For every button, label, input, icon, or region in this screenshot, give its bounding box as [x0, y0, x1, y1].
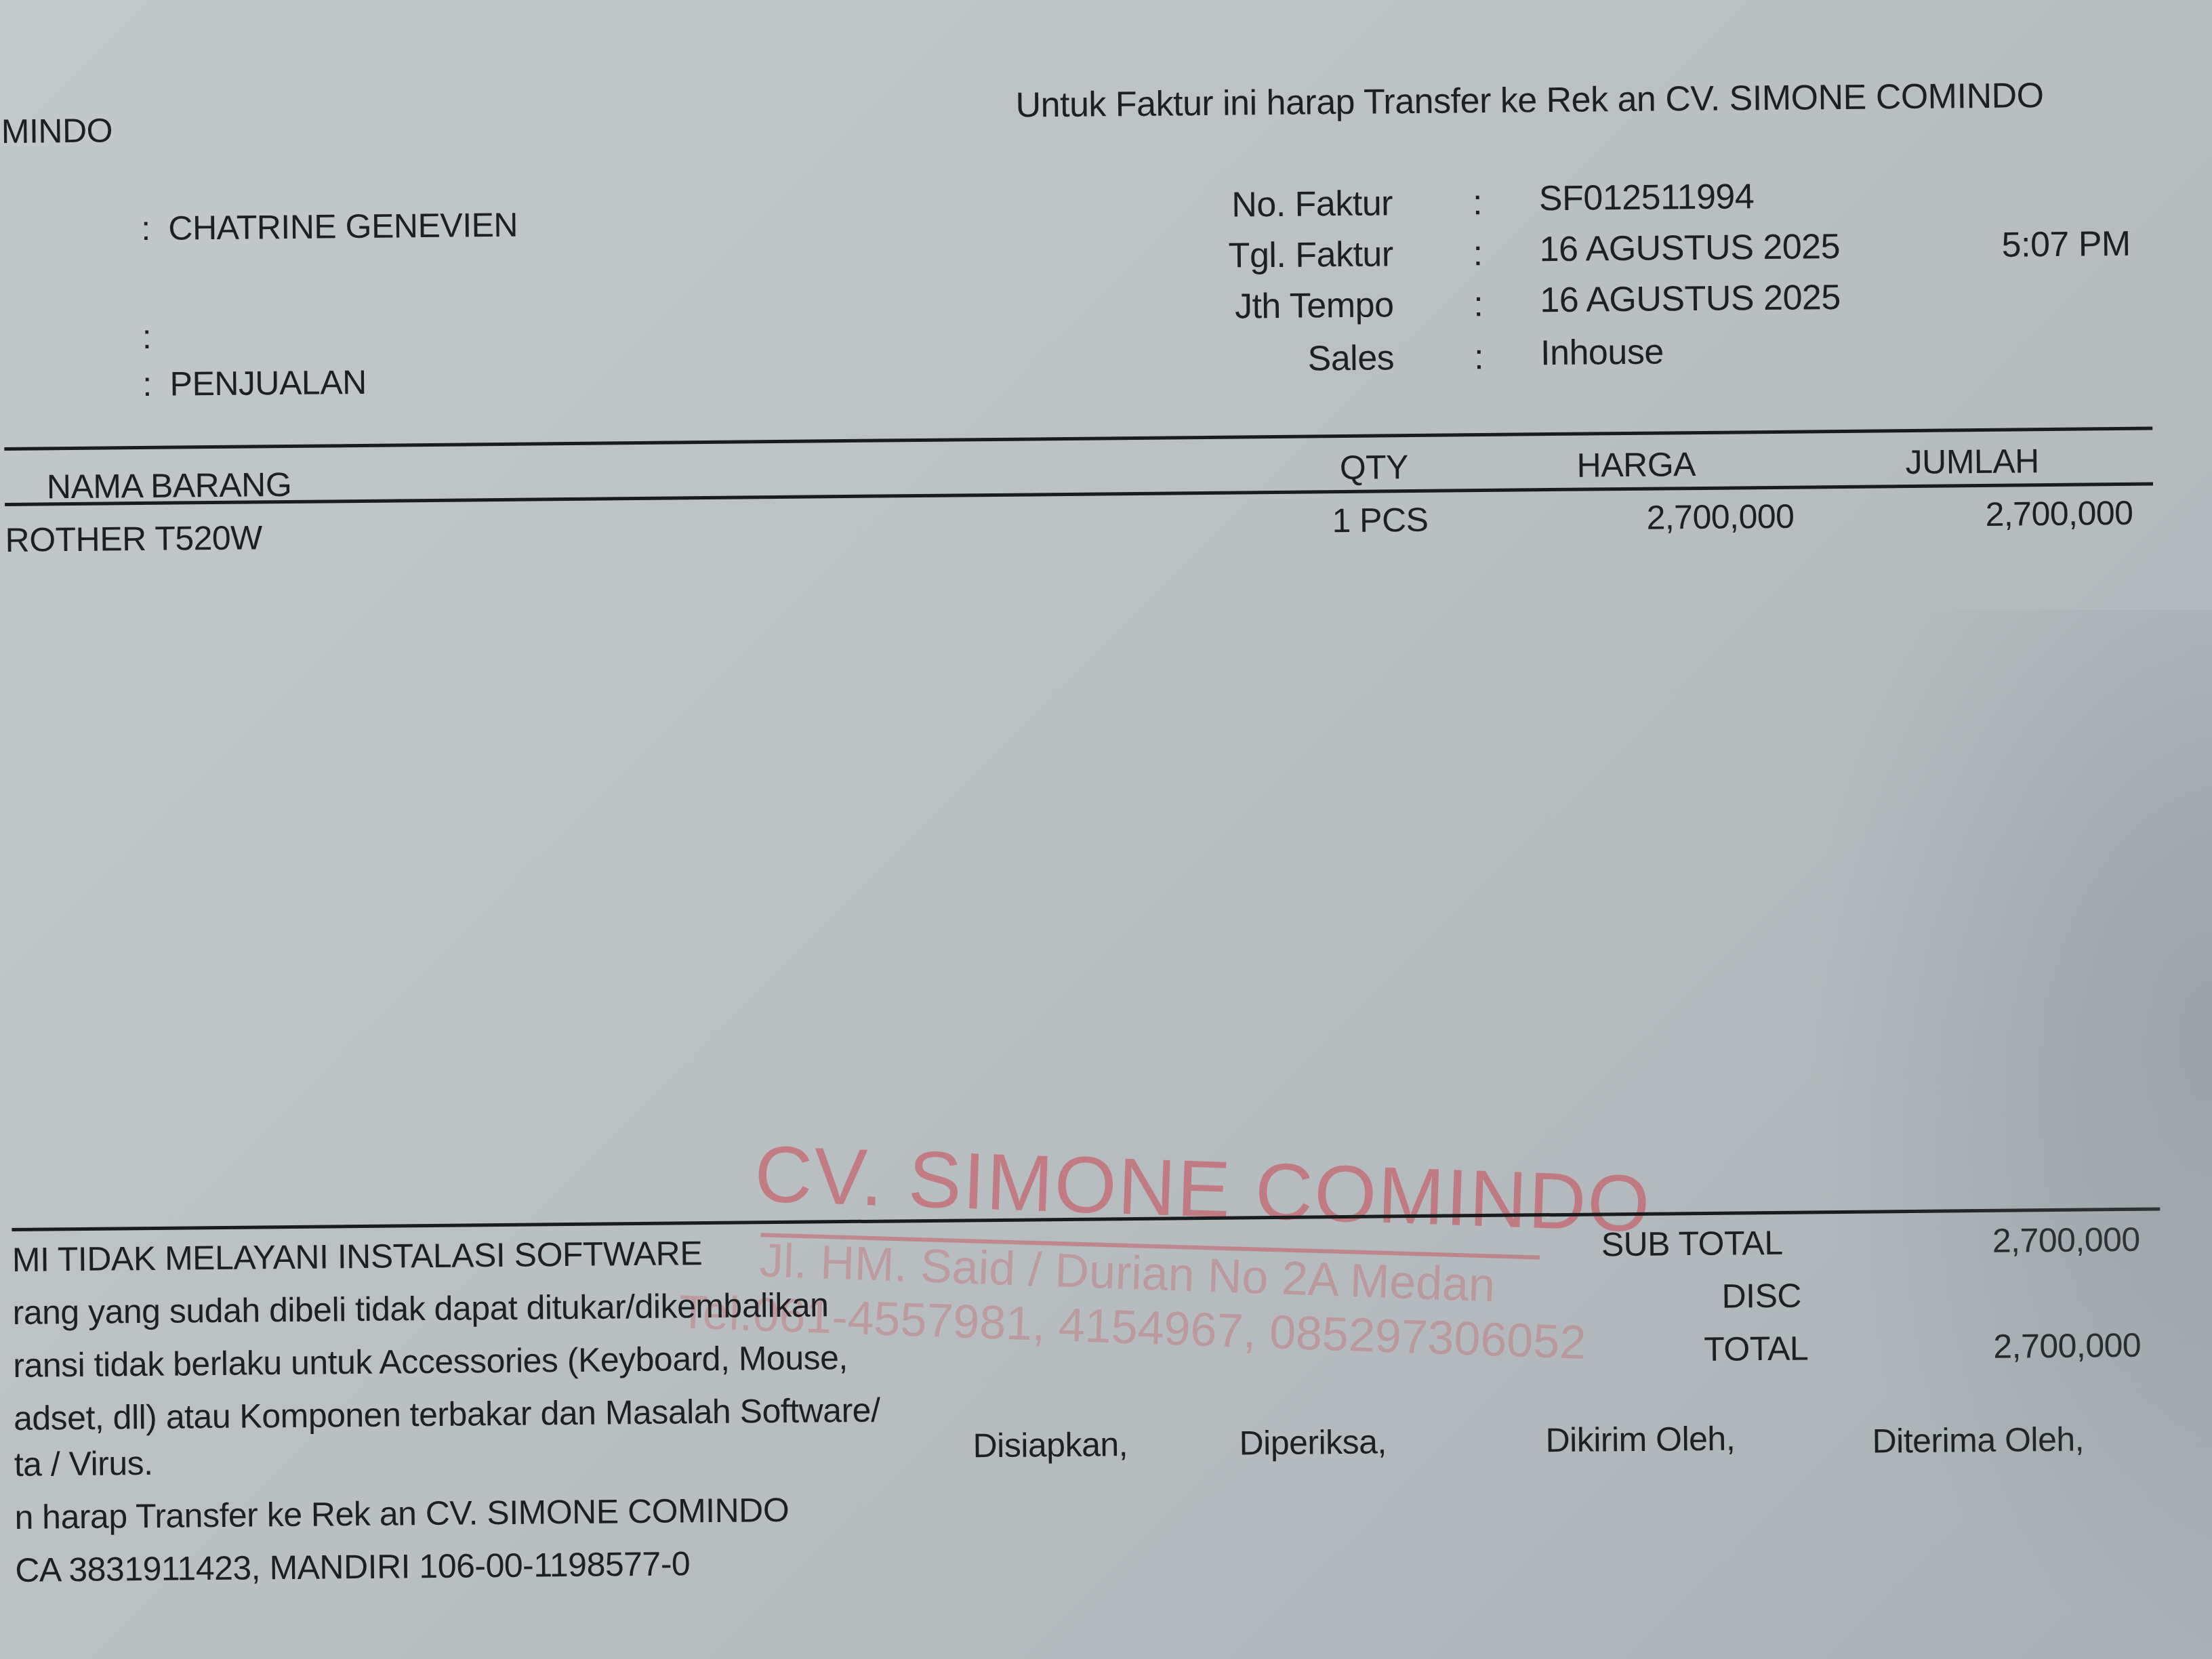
- sales-value: Inhouse: [1540, 331, 1664, 373]
- item-name: ROTHER T520W: [5, 518, 262, 560]
- invoice-number-label: No. Faktur: [1216, 183, 1393, 225]
- col-header-price: HARGA: [1576, 445, 1696, 485]
- item-price: 2,700,000: [1523, 497, 1795, 539]
- due-date: 16 AGUSTUS 2025: [1540, 277, 1841, 321]
- note-line: ta / Virus.: [14, 1443, 152, 1484]
- signature-sent: Dikirim Oleh,: [1545, 1419, 1735, 1460]
- separator: :: [1473, 233, 1483, 274]
- total-label: TOTAL: [1704, 1328, 1809, 1368]
- separator: :: [1474, 337, 1484, 377]
- col-header-amount: JUMLAH: [1905, 441, 2039, 482]
- due-date-label: Jth Tempo: [1217, 285, 1394, 327]
- signature-checked: Diperiksa,: [1239, 1422, 1387, 1462]
- total-value: 2,700,000: [1870, 1326, 2142, 1368]
- signature-received: Diterima Oleh,: [1872, 1420, 2084, 1461]
- customer-name: CHATRINE GENEVIEN: [168, 206, 518, 247]
- customer-name-row: : CHATRINE GENEVIEN: [141, 205, 518, 248]
- item-amount: 2,700,000: [1862, 493, 2133, 535]
- separator: :: [141, 209, 150, 247]
- bank-accounts: CA 3831911423, MANDIRI 106-00-1198577-0: [15, 1544, 690, 1590]
- note-line: adset, dll) atau Komponen terbakar dan M…: [14, 1391, 880, 1438]
- discount-value: [1869, 1273, 2140, 1275]
- note-line: MI TIDAK MELAYANI INSTALASI SOFTWARE: [12, 1233, 703, 1279]
- separator: :: [1473, 182, 1483, 223]
- transaction-type: PENJUALAN: [169, 363, 367, 403]
- invoice-page: MINDO Untuk Faktur ini harap Transfer ke…: [0, 0, 2212, 1659]
- company-name-fragment: MINDO: [1, 110, 113, 151]
- item-qty: 1 PCS: [1332, 500, 1429, 540]
- col-header-qty: QTY: [1339, 447, 1408, 487]
- transaction-type-row: : PENJUALAN: [142, 363, 367, 404]
- table-header-rule: [5, 483, 2153, 506]
- note-line: n harap Transfer ke Rek an CV. SIMONE CO…: [14, 1490, 789, 1537]
- subtotal-value: 2,700,000: [1868, 1220, 2140, 1262]
- subtotal-label: SUB TOTAL: [1601, 1223, 1782, 1265]
- invoice-date: 16 AGUSTUS 2025: [1539, 226, 1840, 270]
- stamp-name: CV. SIMONE COMINDO: [753, 1128, 1652, 1250]
- signature-prepared: Disiapkan,: [972, 1425, 1128, 1465]
- separator: :: [142, 318, 152, 356]
- invoice-date-label: Tgl. Faktur: [1216, 234, 1393, 276]
- transfer-note-header: Untuk Faktur ini harap Transfer ke Rek a…: [1015, 75, 2044, 126]
- sales-label: Sales: [1218, 337, 1395, 380]
- invoice-time: 5:07 PM: [2001, 224, 2131, 266]
- invoice-number: SF012511994: [1539, 176, 1755, 219]
- separator: :: [142, 365, 152, 403]
- customer-field-empty: :: [142, 317, 152, 356]
- note-line: rang yang sudah dibeli tidak dapat dituk…: [12, 1285, 828, 1332]
- note-line: ransi tidak berlaku untuk Accessories (K…: [13, 1338, 848, 1385]
- separator: :: [1473, 284, 1483, 325]
- discount-label: DISC: [1721, 1276, 1801, 1316]
- table-top-rule: [4, 427, 2152, 451]
